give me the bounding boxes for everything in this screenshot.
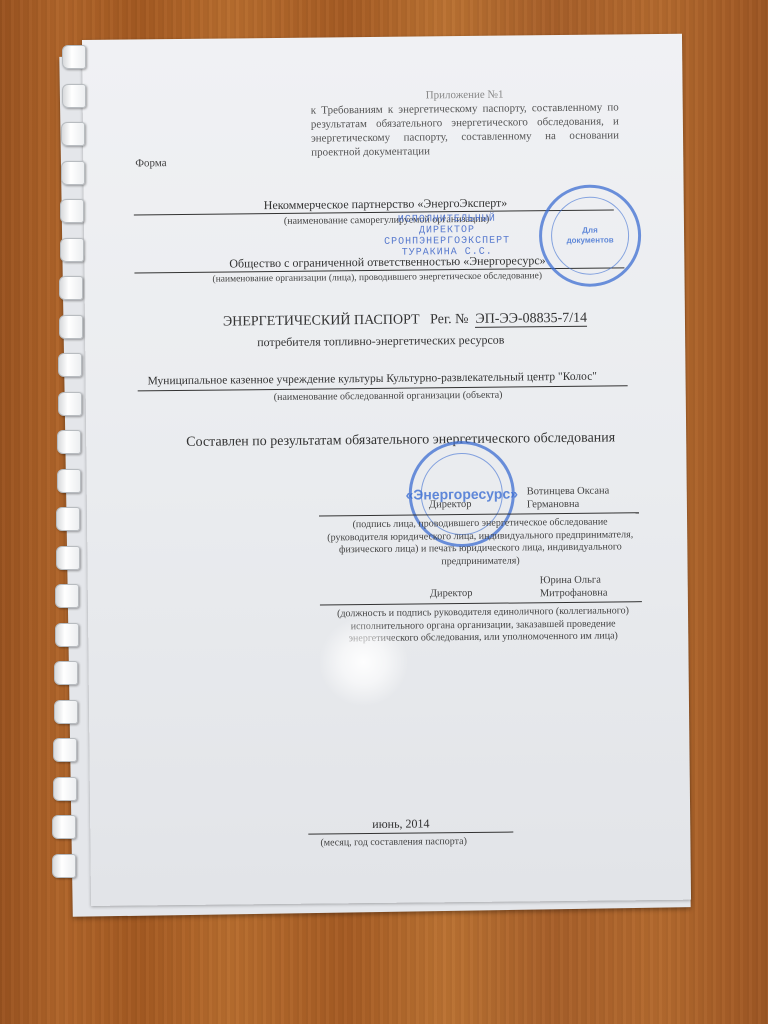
binder-ring: [59, 315, 83, 339]
passport-title: ЭНЕРГЕТИЧЕСКИЙ ПАСПОРТ Рег. № ЭП-ЭЭ-0883…: [223, 311, 587, 331]
auditor-signature-caption: (подпись лица, проводившего энергетическ…: [325, 516, 636, 569]
sro-round-stamp: Для документов: [539, 184, 642, 287]
binder-ring: [58, 353, 82, 377]
binder-ring: [61, 122, 85, 146]
binder-ring: [57, 430, 81, 454]
binder-ring: [53, 777, 77, 801]
binder-ring: [53, 738, 77, 762]
auditor-org-caption: (наименование организации (лица), провод…: [212, 271, 542, 284]
binder-ring: [54, 661, 78, 685]
binder-ring: [56, 546, 80, 570]
binder-ring: [62, 45, 86, 69]
binder-ring: [52, 854, 76, 878]
binder-ring: [54, 700, 78, 724]
surveyed-org-name: Муниципальное казенное учреждение культу…: [148, 371, 598, 388]
binder-ring: [58, 392, 82, 416]
binder-ring: [55, 584, 79, 608]
auditor-position: Директор: [429, 499, 472, 510]
passport-subtitle: потребителя топливно-энергетических ресу…: [257, 333, 504, 351]
reg-label: Рег. №: [430, 312, 468, 327]
sro-stamp-center: Для документов: [565, 225, 615, 246]
binder-ring: [55, 623, 79, 647]
passport-date: июнь, 2014: [372, 816, 429, 832]
binder-ring: [60, 238, 84, 262]
customer-position: Директор: [430, 588, 473, 599]
director-text-stamp: ИСПОЛНИТЕЛЬНЫЙ ДИРЕКТОР СРОНПЭНЕРГОЭКСПЕ…: [384, 214, 510, 259]
binder-ring: [52, 815, 76, 839]
binder-ring: [61, 161, 85, 185]
surveyed-org-caption: (наименование обследованной организации …: [274, 390, 503, 403]
date-underline: [308, 832, 513, 835]
compiled-basis: Составлен по результатам обязательного э…: [186, 430, 615, 450]
auditor-name-line1: Вотинцева Оксана: [527, 486, 610, 498]
passport-title-main: ЭНЕРГЕТИЧЕСКИЙ ПАСПОРТ: [223, 312, 420, 329]
reg-number: ЭП-ЭЭ-08835-7/14: [475, 311, 587, 328]
auditor-name-line2: Германовна: [527, 499, 579, 511]
appendix-block: Приложение №1 к Требованиям к энергетиче…: [311, 86, 620, 159]
form-label: Форма: [135, 157, 166, 169]
date-caption: (месяц, год составления паспорта): [320, 836, 467, 849]
binder-ring: [60, 199, 84, 223]
customer-name-line1: Юрина Ольга: [540, 575, 601, 587]
customer-name-line2: Митрофановна: [540, 588, 608, 600]
binder-ring: [57, 469, 81, 493]
binder-ring: [56, 507, 80, 531]
binder-ring: [62, 84, 86, 108]
document-page: Приложение №1 к Требованиям к энергетиче…: [82, 34, 691, 906]
binder-ring: [59, 276, 83, 300]
light-glare: [318, 617, 409, 708]
appendix-text: к Требованиям к энергетическому паспорту…: [311, 100, 620, 159]
